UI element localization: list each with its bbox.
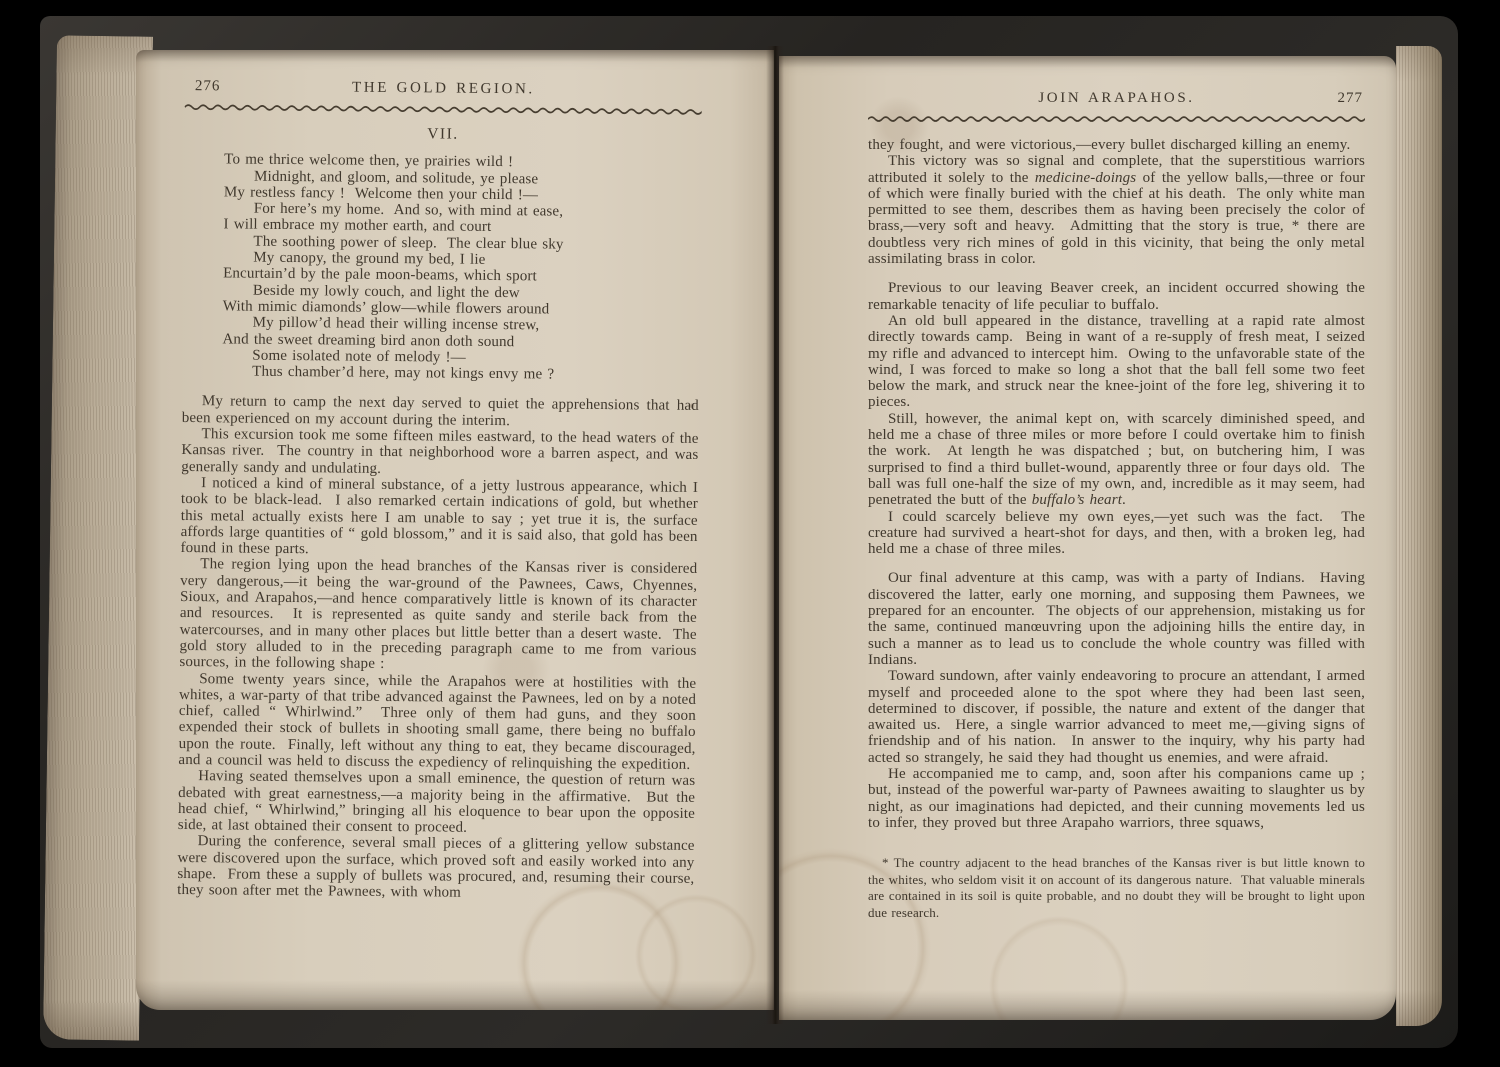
paragraph: My return to camp the next day served to… bbox=[182, 393, 699, 431]
section-heading: VII. bbox=[184, 124, 701, 145]
paragraph: Toward sundown, after vainly endeavoring… bbox=[868, 668, 1365, 766]
book-gutter bbox=[766, 46, 784, 1024]
left-page-number: 276 bbox=[195, 78, 221, 95]
right-page-number: 277 bbox=[1338, 90, 1364, 106]
paragraph: I could scarcely believe my own eyes,—ye… bbox=[868, 509, 1365, 558]
paragraph: He accompanied me to camp, and, soon aft… bbox=[868, 766, 1365, 831]
paragraph: During the conference, several small pie… bbox=[177, 833, 695, 903]
paragraph: Previous to our leaving Beaver creek, an… bbox=[868, 280, 1365, 313]
right-running-head: JOIN ARAPAHOS. bbox=[1038, 90, 1194, 106]
right-page-header: JOIN ARAPAHOS. 277 bbox=[868, 90, 1365, 109]
paragraph: Our final adventure at this camp, was wi… bbox=[868, 570, 1365, 668]
left-page-text: 276 THE GOLD REGION. VII. To me thrice w… bbox=[177, 78, 702, 904]
footnote: * The country adjacent to the head branc… bbox=[868, 855, 1365, 921]
paragraph: Still, however, the animal kept on, with… bbox=[868, 411, 1365, 509]
footnote-text: * The country adjacent to the head branc… bbox=[868, 855, 1365, 921]
paragraph: An old bull appeared in the distance, tr… bbox=[868, 313, 1365, 411]
wavy-rule bbox=[185, 102, 702, 116]
paragraph: they fought, and were victorious,—every … bbox=[868, 137, 1365, 153]
left-page-body: My return to camp the next day served to… bbox=[177, 393, 699, 903]
left-page-header: 276 THE GOLD REGION. bbox=[185, 78, 702, 102]
wavy-rule bbox=[868, 114, 1365, 123]
paragraph: The region lying upon the head branches … bbox=[179, 556, 697, 675]
paragraph: This excursion took me some fifteen mile… bbox=[181, 426, 698, 480]
paragraph: Some twenty years since, while the Arapa… bbox=[178, 670, 696, 773]
right-page-body: they fought, and were victorious,—every … bbox=[868, 137, 1365, 831]
poem-line: Thus chamber’d here, may not kings envy … bbox=[222, 364, 699, 385]
right-page-text: JOIN ARAPAHOS. 277 they fought, and were… bbox=[868, 90, 1365, 922]
paragraph: This victory was so signal and complete,… bbox=[868, 153, 1365, 267]
poem: To me thrice welcome then, ye prairies w… bbox=[222, 152, 701, 385]
right-page-stack-edge bbox=[1396, 46, 1442, 1026]
left-running-head: THE GOLD REGION. bbox=[352, 80, 535, 98]
paragraph: I noticed a kind of mineral substance, o… bbox=[180, 475, 698, 561]
photo-background: 276 THE GOLD REGION. VII. To me thrice w… bbox=[0, 0, 1500, 1067]
paragraph: Having seated themselves upon a small em… bbox=[178, 768, 696, 838]
